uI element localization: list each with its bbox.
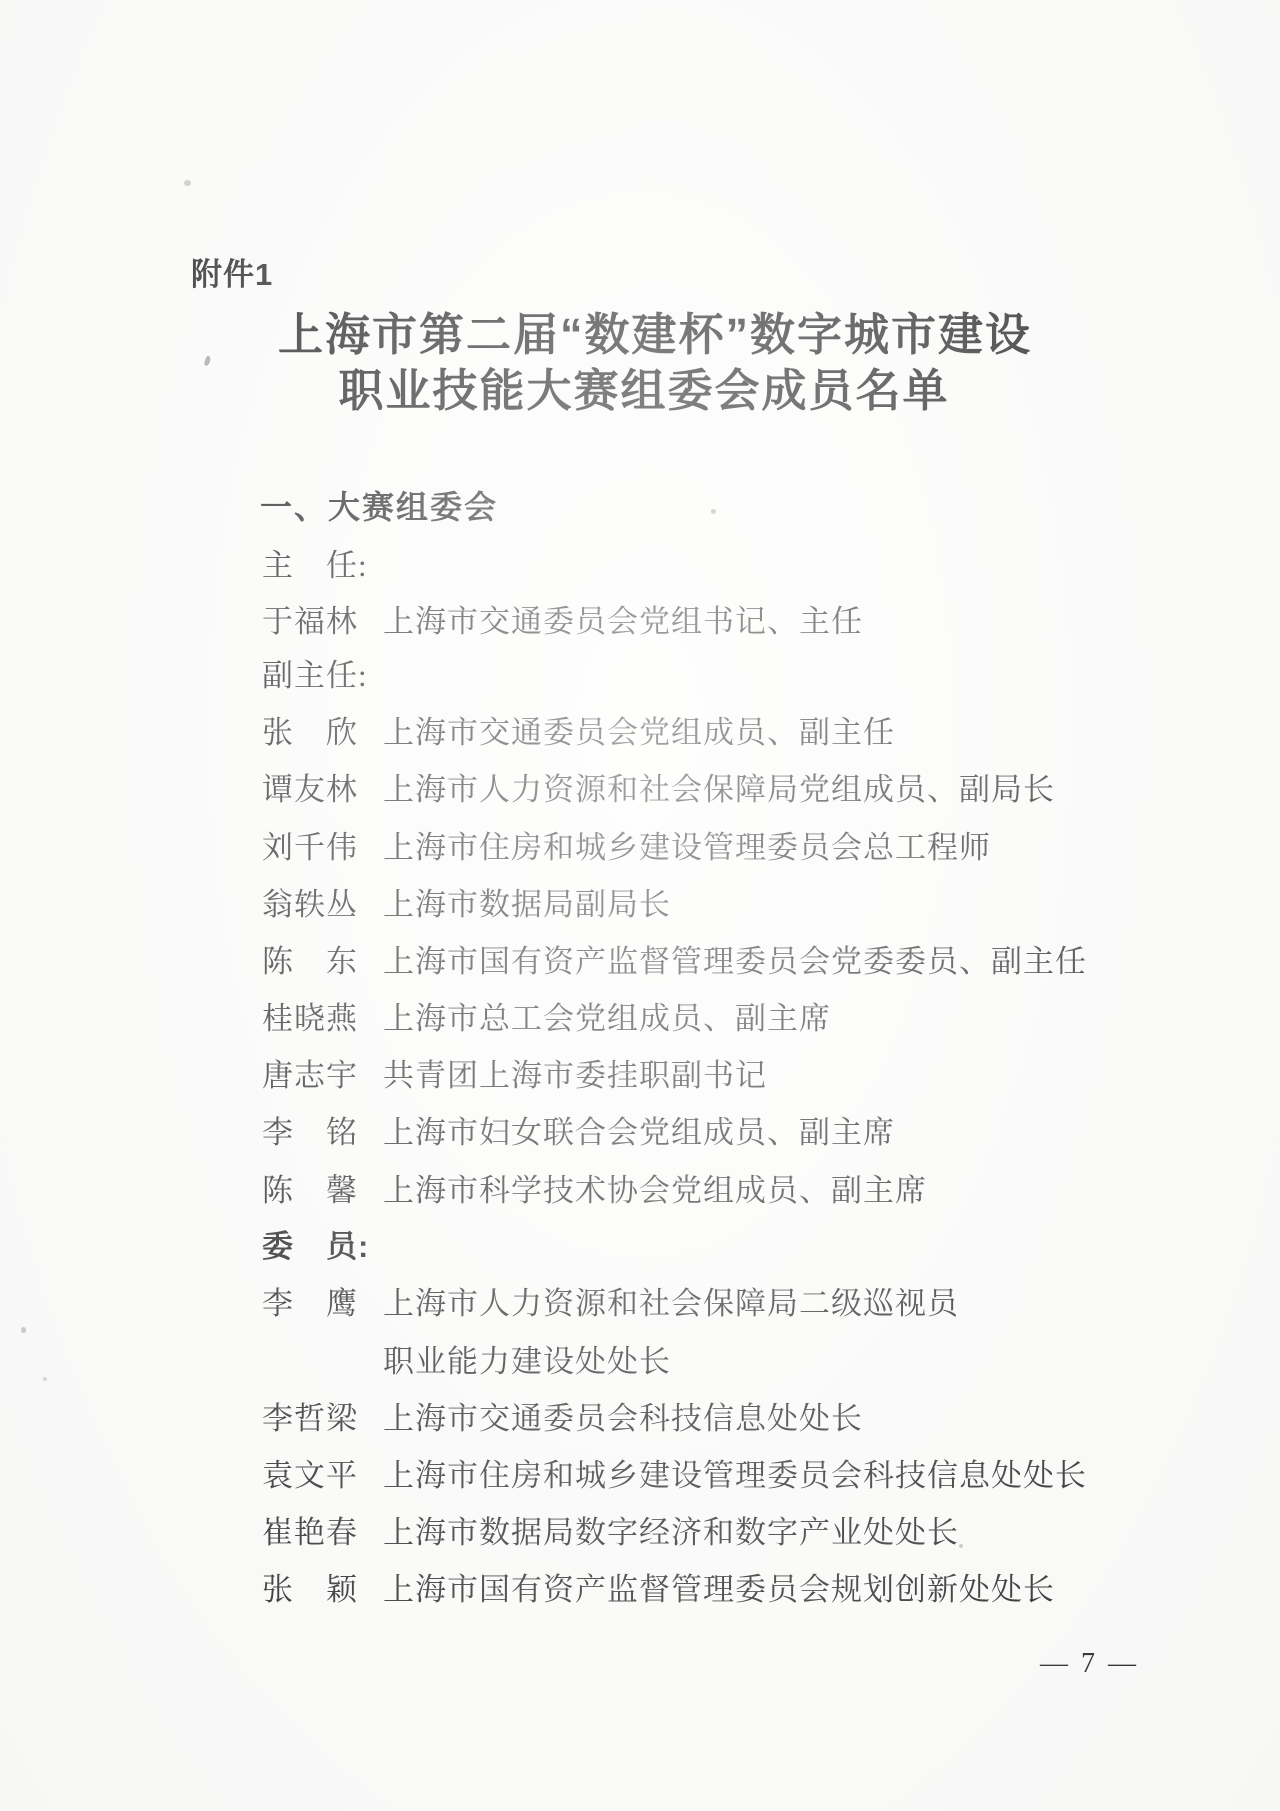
member-row: 刘千伟 上海市住房和城乡建设管理委员会总工程师 — [262, 822, 358, 862]
member-row: 唐志宇 共青团上海市委挂职副书记 — [262, 1050, 358, 1090]
scan-speck — [21, 1327, 26, 1333]
member-desc: 上海市住房和城乡建设管理委员会总工程师 — [383, 822, 991, 867]
member-name: 唐志宇 — [262, 1050, 358, 1095]
member-desc: 上海市总工会党组成员、副主席 — [383, 993, 831, 1038]
member-desc: 上海市数据局数字经济和数字产业处处长 — [383, 1507, 959, 1552]
member-name: 李 鹰 — [262, 1278, 358, 1323]
member-row: 崔艳春 上海市数据局数字经济和数字产业处处长 — [262, 1507, 358, 1547]
member-row: 翁轶丛 上海市数据局副局长 — [262, 879, 358, 919]
role-label-director: 主 任: — [262, 540, 368, 580]
role-label-committee-member: 委 员: — [262, 1221, 369, 1261]
member-row: 陈 东 上海市国有资产监督管理委员会党委委员、副主任 — [262, 936, 358, 976]
member-row: 李哲梁 上海市交通委员会科技信息处处长 — [262, 1393, 358, 1433]
member-row: 袁文平 上海市住房和城乡建设管理委员会科技信息处处长 — [262, 1450, 358, 1490]
member-name: 于福林 — [262, 596, 358, 641]
section-heading: 一、大赛组委会 — [260, 482, 498, 528]
member-name: 翁轶丛 — [262, 879, 358, 924]
member-desc: 上海市人力资源和社会保障局党组成员、副局长 — [383, 764, 1055, 809]
document-page: 附件1 上海市第二届“数建杯”数字城市建设 职业技能大赛组委会成员名单 一、大赛… — [0, 0, 1280, 1811]
member-row: 于福林 上海市交通委员会党组书记、主任 — [262, 596, 358, 636]
member-row: 谭友林 上海市人力资源和社会保障局党组成员、副局长 — [262, 764, 358, 804]
member-desc: 上海市数据局副局长 — [383, 879, 671, 924]
member-row: 李 铭 上海市妇女联合会党组成员、副主席 — [262, 1107, 358, 1147]
scan-speck — [959, 1544, 963, 1548]
member-desc: 职业能力建设处处长 — [383, 1336, 671, 1381]
doc-title-line2: 职业技能大赛组委会成员名单 — [8, 354, 1280, 419]
member-name: 李哲梁 — [262, 1393, 358, 1438]
member-desc: 上海市交通委员会党组书记、主任 — [383, 596, 863, 641]
member-name: 刘千伟 — [262, 822, 358, 867]
member-name: 李 铭 — [262, 1107, 358, 1152]
member-desc: 上海市交通委员会科技信息处处长 — [383, 1393, 863, 1438]
member-name: 张 欣 — [262, 707, 358, 752]
member-name: 谭友林 — [262, 764, 358, 809]
member-desc: 上海市国有资产监督管理委员会规划创新处处长 — [383, 1564, 1055, 1609]
member-name: 崔艳春 — [262, 1507, 358, 1552]
member-row: 张 颖 上海市国有资产监督管理委员会规划创新处处长 — [262, 1564, 358, 1604]
member-row: 陈 馨 上海市科学技术协会党组成员、副主席 — [262, 1165, 358, 1205]
member-name: 桂晓燕 — [262, 993, 358, 1038]
member-desc: 上海市国有资产监督管理委员会党委委员、副主任 — [383, 936, 1087, 981]
member-name: 袁文平 — [262, 1450, 358, 1495]
member-desc: 共青团上海市委挂职副书记 — [383, 1050, 767, 1095]
member-row: 李 鹰 上海市人力资源和社会保障局二级巡视员 — [262, 1278, 358, 1318]
member-desc: 上海市人力资源和社会保障局二级巡视员 — [383, 1278, 959, 1323]
scan-speck — [184, 180, 191, 186]
scan-speck — [711, 509, 716, 514]
role-label-deputy-director: 副主任: — [262, 650, 368, 690]
member-row: 桂晓燕 上海市总工会党组成员、副主席 — [262, 993, 358, 1033]
member-name: 张 颖 — [262, 1564, 358, 1609]
member-name: 陈 东 — [262, 936, 358, 981]
member-desc: 上海市科学技术协会党组成员、副主席 — [383, 1165, 927, 1210]
member-row: 张 欣 上海市交通委员会党组成员、副主任 — [262, 707, 358, 747]
member-desc: 上海市住房和城乡建设管理委员会科技信息处处长 — [383, 1450, 1087, 1495]
member-name: 陈 馨 — [262, 1165, 358, 1210]
member-desc: 上海市交通委员会党组成员、副主任 — [383, 707, 895, 752]
member-desc: 上海市妇女联合会党组成员、副主席 — [383, 1107, 895, 1152]
scan-speck — [43, 1377, 47, 1381]
page-number: — 7 — — [1040, 1648, 1139, 1680]
attachment-label: 附件1 — [191, 249, 273, 294]
